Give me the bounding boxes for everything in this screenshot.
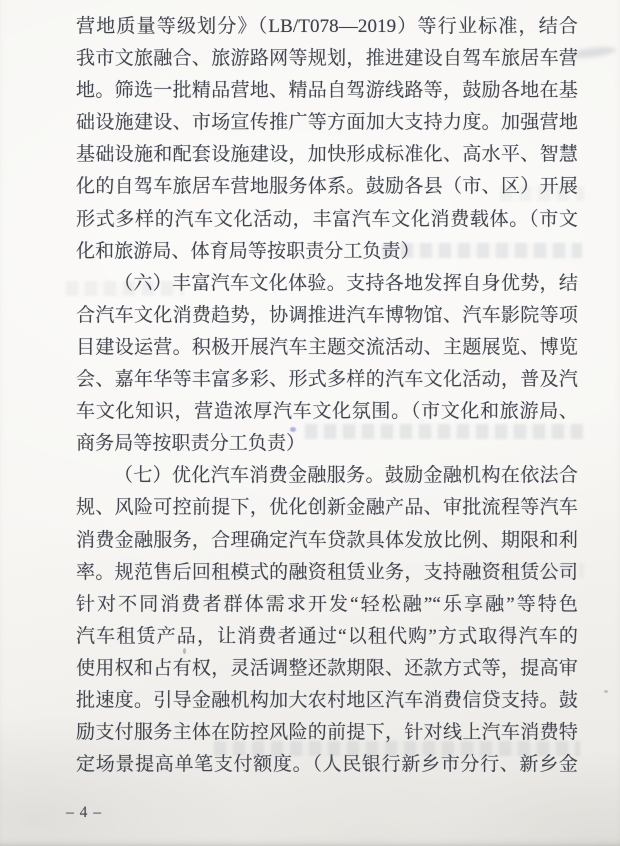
text-line: 我市文旅融合、旅游路网等规划，推进建设自驾车旅居车营 (76, 43, 578, 75)
text-line: 规、风险可控前提下，优化创新金融产品、审批流程等汽车 (76, 492, 578, 524)
text-line: 会、嘉年华等丰富多彩、形式多样的汽车文化活动，普及汽 (76, 364, 578, 396)
text-line paragraph-end: 商务局等按职责分工负责） (76, 428, 578, 460)
ink-speck (604, 690, 608, 693)
text-line: 定场景提高单笔支付额度。（人民银行新乡市分行、新乡金 (76, 749, 578, 781)
text-line: 车文化知识，营造浓厚汽车文化氛围。（市文化和旅游局、 (76, 396, 578, 428)
text-line: 汽车租赁产品，让消费者通过“以租代购”方式取得汽车的 (76, 621, 578, 653)
document-body-text: 营地质量等级划分》（LB/T078—2019）等行业标准，结合 我市文旅融合、旅… (76, 11, 578, 781)
text-line: 营地质量等级划分》（LB/T078—2019）等行业标准，结合 (76, 11, 578, 43)
text-line paragraph-start-section-6: （六）丰富汽车文化体验。支持各地发挥自身优势，结 (76, 268, 578, 300)
text-line: 使用权和占有权，灵活调整还款期限、还款方式等，提高审 (76, 653, 578, 685)
text-line: 目建设运营。积极开展汽车主题交流活动、主题展览、博览 (76, 332, 578, 364)
text-line: 消费金融服务，合理确定汽车贷款具体发放比例、期限和利 (76, 525, 578, 557)
text-line paragraph-end: 化和旅游局、体育局等按职责分工负责） (76, 236, 578, 268)
text-line: 率。规范售后回租模式的融资租赁业务，支持融资租赁公司 (76, 557, 578, 589)
scanned-document-page: 营地质量等级划分》（LB/T078—2019）等行业标准，结合 我市文旅融合、旅… (0, 0, 620, 846)
text-line: 础设施建设、市场宣传推广等方面加大支持力度。加强营地 (76, 107, 578, 139)
text-line: 地。筛选一批精品营地、精品自驾游线路等，鼓励各地在基 (76, 75, 578, 107)
text-line: 励支付服务主体在防控风险的前提下，针对线上汽车消费特 (76, 717, 578, 749)
text-line: 形式多样的汽车文化活动，丰富汽车文化消费载体。（市文 (76, 204, 578, 236)
text-line: 针对不同消费者群体需求开发“轻松融”“乐享融”等特色 (76, 589, 578, 621)
text-line paragraph-start-section-7: （七）优化汽车消费金融服务。鼓励金融机构在依法合 (76, 460, 578, 492)
page-number: – 4 – (66, 804, 102, 822)
text-line: 基础设施和配套设施建设，加快形成标准化、高水平、智慧 (76, 139, 578, 171)
text-line: 化的自驾车旅居车营地服务体系。鼓励各县（市、区）开展 (76, 171, 578, 203)
text-line: 合汽车文化消费趋势，协调推进汽车博物馆、汽车影院等项 (76, 300, 578, 332)
text-line: 批速度。引导金融机构加大农村地区汽车消费信贷支持。鼓 (76, 685, 578, 717)
